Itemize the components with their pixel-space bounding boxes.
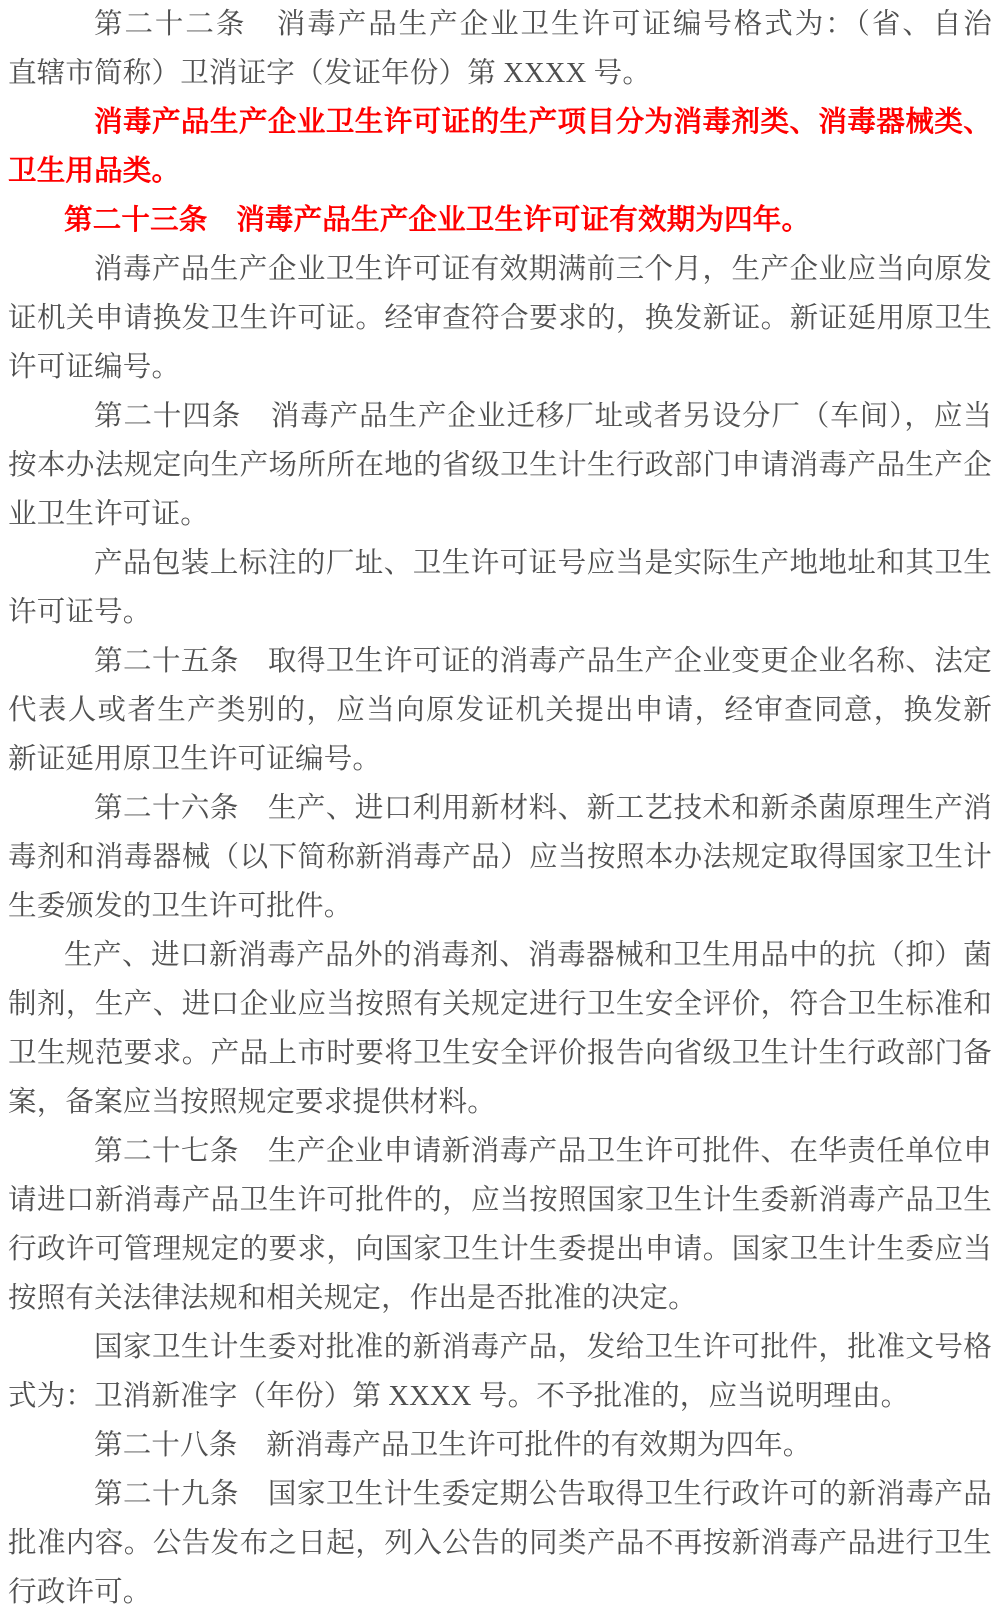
text-line: 按照有关法律法规和相关规定，作出是否批准的决定。	[8, 1274, 992, 1323]
text-line: 第二十九条 国家卫生计生委定期公告取得卫生行政许可的新消毒产品	[8, 1470, 992, 1519]
text-line: 批准内容。公告发布之日起，列入公告的同类产品不再按新消毒产品进行卫生	[8, 1519, 992, 1568]
text-line: 毒剂和消毒器械（以下简称新消毒产品）应当按照本办法规定取得国家卫生计	[8, 833, 992, 882]
text-line: 案，备案应当按照规定要求提供材料。	[8, 1078, 992, 1127]
text-line: 代表人或者生产类别的，应当向原发证机关提出申请，经审查同意，换发新证。	[8, 686, 992, 735]
text-line: 直辖市简称）卫消证字（发证年份）第 XXXX 号。	[8, 49, 992, 98]
text-line: 第二十五条 取得卫生许可证的消毒产品生产企业变更企业名称、法定	[8, 637, 992, 686]
text-line: 生产、进口新消毒产品外的消毒剂、消毒器械和卫生用品中的抗（抑）菌	[8, 931, 992, 980]
text-line: 产品包装上标注的厂址、卫生许可证号应当是实际生产地地址和其卫生	[8, 539, 992, 588]
text-line: 卫生规范要求。产品上市时要将卫生安全评价报告向省级卫生计生行政部门备	[8, 1029, 992, 1078]
highlighted-text-line: 卫生用品类。	[8, 147, 992, 196]
text-line: 式为：卫消新准字（年份）第 XXXX 号。不予批准的，应当说明理由。	[8, 1372, 992, 1421]
text-line: 第二十六条 生产、进口利用新材料、新工艺技术和新杀菌原理生产消	[8, 784, 992, 833]
text-line: 制剂，生产、进口企业应当按照有关规定进行卫生安全评价，符合卫生标准和	[8, 980, 992, 1029]
text-line: 业卫生许可证。	[8, 490, 992, 539]
document-page: 第二十二条 消毒产品生产企业卫生许可证编号格式为：（省、自治区、直辖市简称）卫消…	[0, 0, 1000, 1617]
text-line: 证机关申请换发卫生许可证。经审查符合要求的，换发新证。新证延用原卫生	[8, 294, 992, 343]
text-line: 行政许可。	[8, 1568, 992, 1617]
text-line: 请进口新消毒产品卫生许可批件的，应当按照国家卫生计生委新消毒产品卫生	[8, 1176, 992, 1225]
text-line: 生委颁发的卫生许可批件。	[8, 882, 992, 931]
document-text-body: 第二十二条 消毒产品生产企业卫生许可证编号格式为：（省、自治区、直辖市简称）卫消…	[8, 0, 992, 1617]
highlighted-text-line: 第二十三条 消毒产品生产企业卫生许可证有效期为四年。	[8, 196, 992, 245]
text-line: 新证延用原卫生许可证编号。	[8, 735, 992, 784]
text-line: 许可证号。	[8, 588, 992, 637]
text-line: 第二十八条 新消毒产品卫生许可批件的有效期为四年。	[8, 1421, 992, 1470]
text-line: 消毒产品生产企业卫生许可证有效期满前三个月，生产企业应当向原发	[8, 245, 992, 294]
text-line: 第二十四条 消毒产品生产企业迁移厂址或者另设分厂（车间），应当	[8, 392, 992, 441]
text-line: 许可证编号。	[8, 343, 992, 392]
text-line: 第二十七条 生产企业申请新消毒产品卫生许可批件、在华责任单位申	[8, 1127, 992, 1176]
text-line: 第二十二条 消毒产品生产企业卫生许可证编号格式为：（省、自治区、	[8, 0, 992, 49]
text-line: 国家卫生计生委对批准的新消毒产品，发给卫生许可批件，批准文号格	[8, 1323, 992, 1372]
text-line: 行政许可管理规定的要求，向国家卫生计生委提出申请。国家卫生计生委应当	[8, 1225, 992, 1274]
text-line: 按本办法规定向生产场所所在地的省级卫生计生行政部门申请消毒产品生产企	[8, 441, 992, 490]
highlighted-text-line: 消毒产品生产企业卫生许可证的生产项目分为消毒剂类、消毒器械类、	[8, 98, 992, 147]
